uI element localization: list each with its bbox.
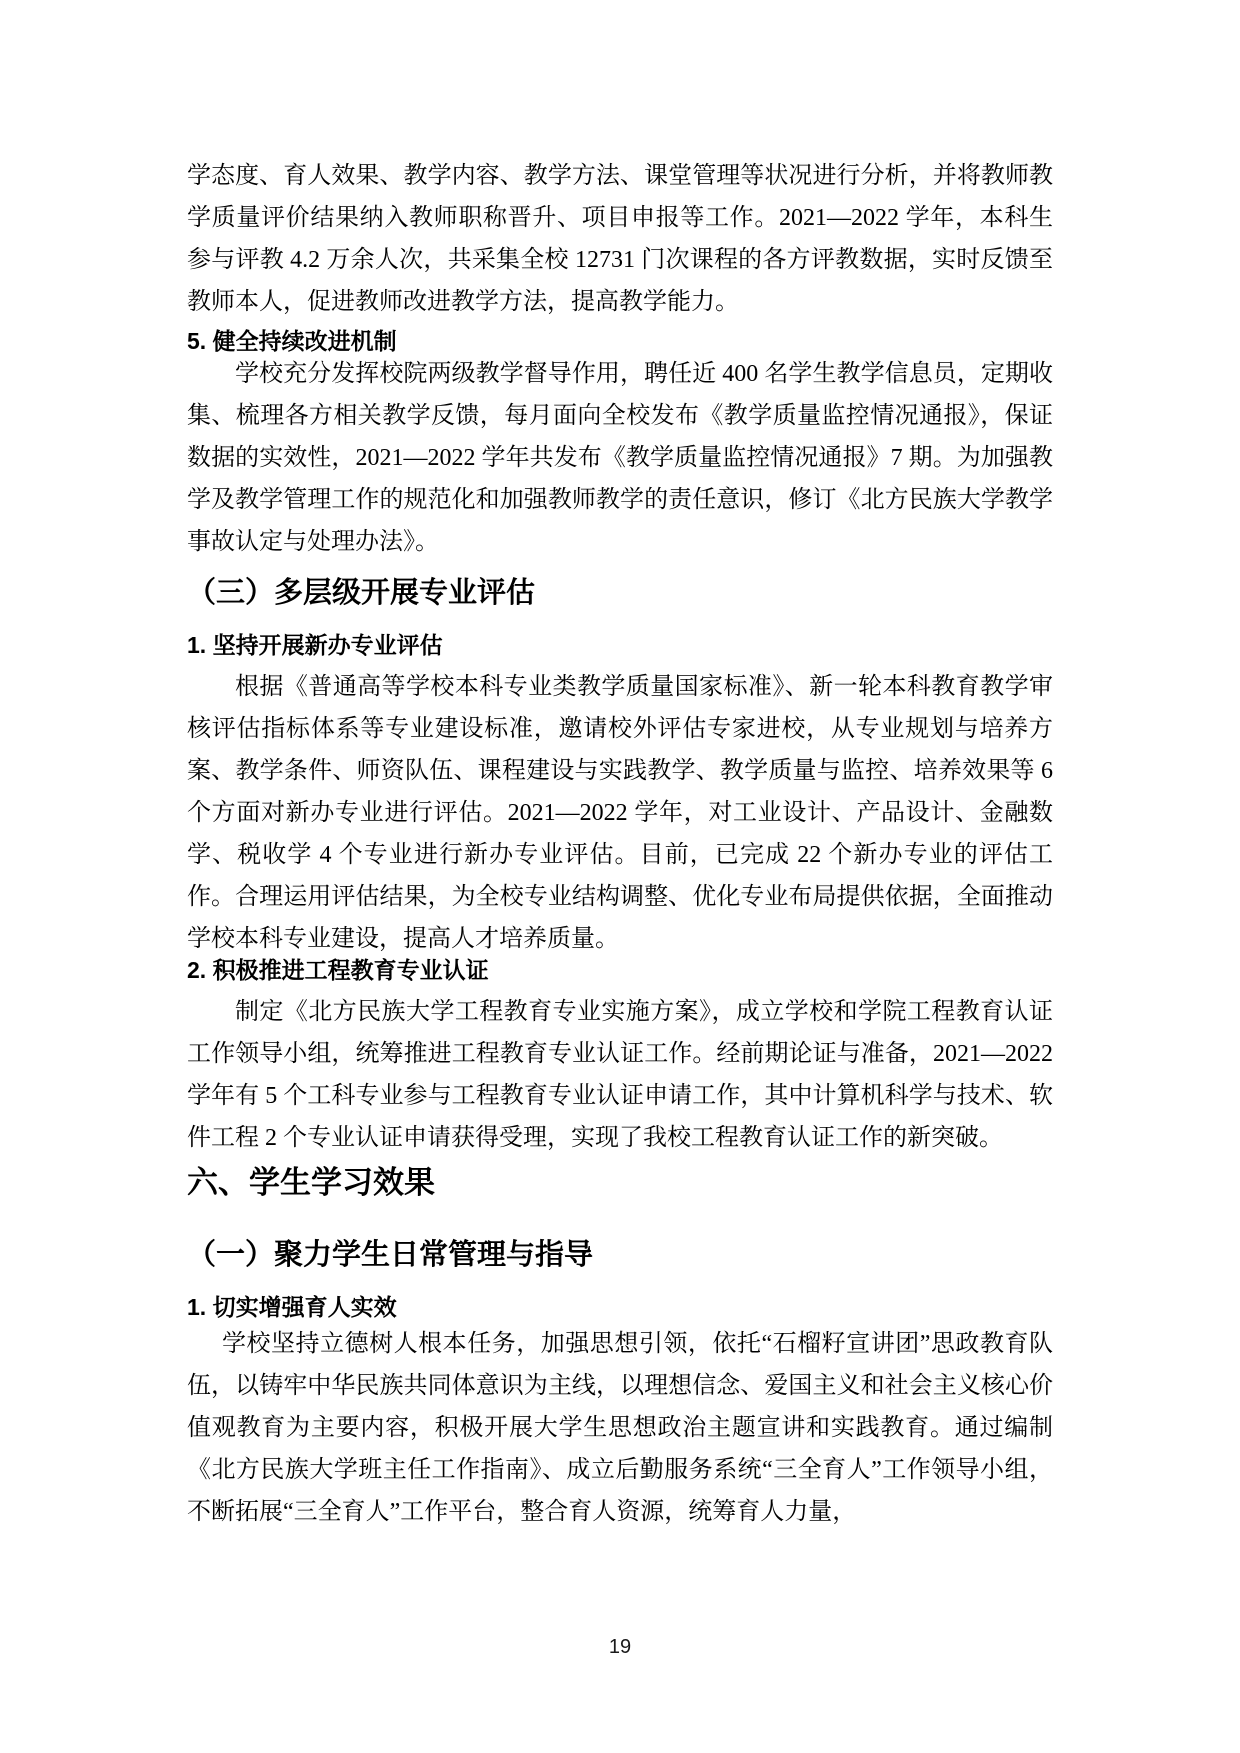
chapter-heading-student-learning-outcomes: 六、学生学习效果 [187,1161,1053,1205]
paragraph-teaching-evaluation-continuation: 学态度、育人效果、教学内容、教学方法、课堂管理等状况进行分析，并将教师教学质量评… [187,155,1053,323]
section-heading-professional-evaluation: （三）多层级开展专业评估 [187,572,1053,614]
subheading-engineering-accreditation: 2. 积极推进工程教育专业认证 [187,952,1053,988]
section-heading-student-daily-management: （一）聚力学生日常管理与指导 [187,1234,1053,1276]
subheading-new-major-evaluation: 1. 坚持开展新办专业评估 [187,627,1053,663]
paragraph-engineering-accreditation: 制定《北方民族大学工程教育专业实施方案》，成立学校和学院工程教育认证工作领导小组… [187,991,1053,1159]
document-page: 学态度、育人效果、教学内容、教学方法、课堂管理等状况进行分析，并将教师教学质量评… [0,0,1240,1753]
paragraph-new-major-evaluation: 根据《普通高等学校本科专业类教学质量国家标准》、新一轮本科教育教学审核评估指标体… [187,666,1053,960]
subheading-education-effectiveness: 1. 切实增强育人实效 [187,1289,1053,1325]
page-body: 学态度、育人效果、教学内容、教学方法、课堂管理等状况进行分析，并将教师教学质量评… [187,0,1053,1533]
paragraph-education-effectiveness: 学校坚持立德树人根本任务，加强思想引领，依托“石榴籽宣讲团”思政教育队伍，以铸牢… [187,1323,1053,1533]
paragraph-continuous-improvement: 学校充分发挥校院两级教学督导作用，聘任近 400 名学生教学信息员，定期收集、梳… [187,353,1053,563]
page-number: 19 [0,1634,1240,1660]
